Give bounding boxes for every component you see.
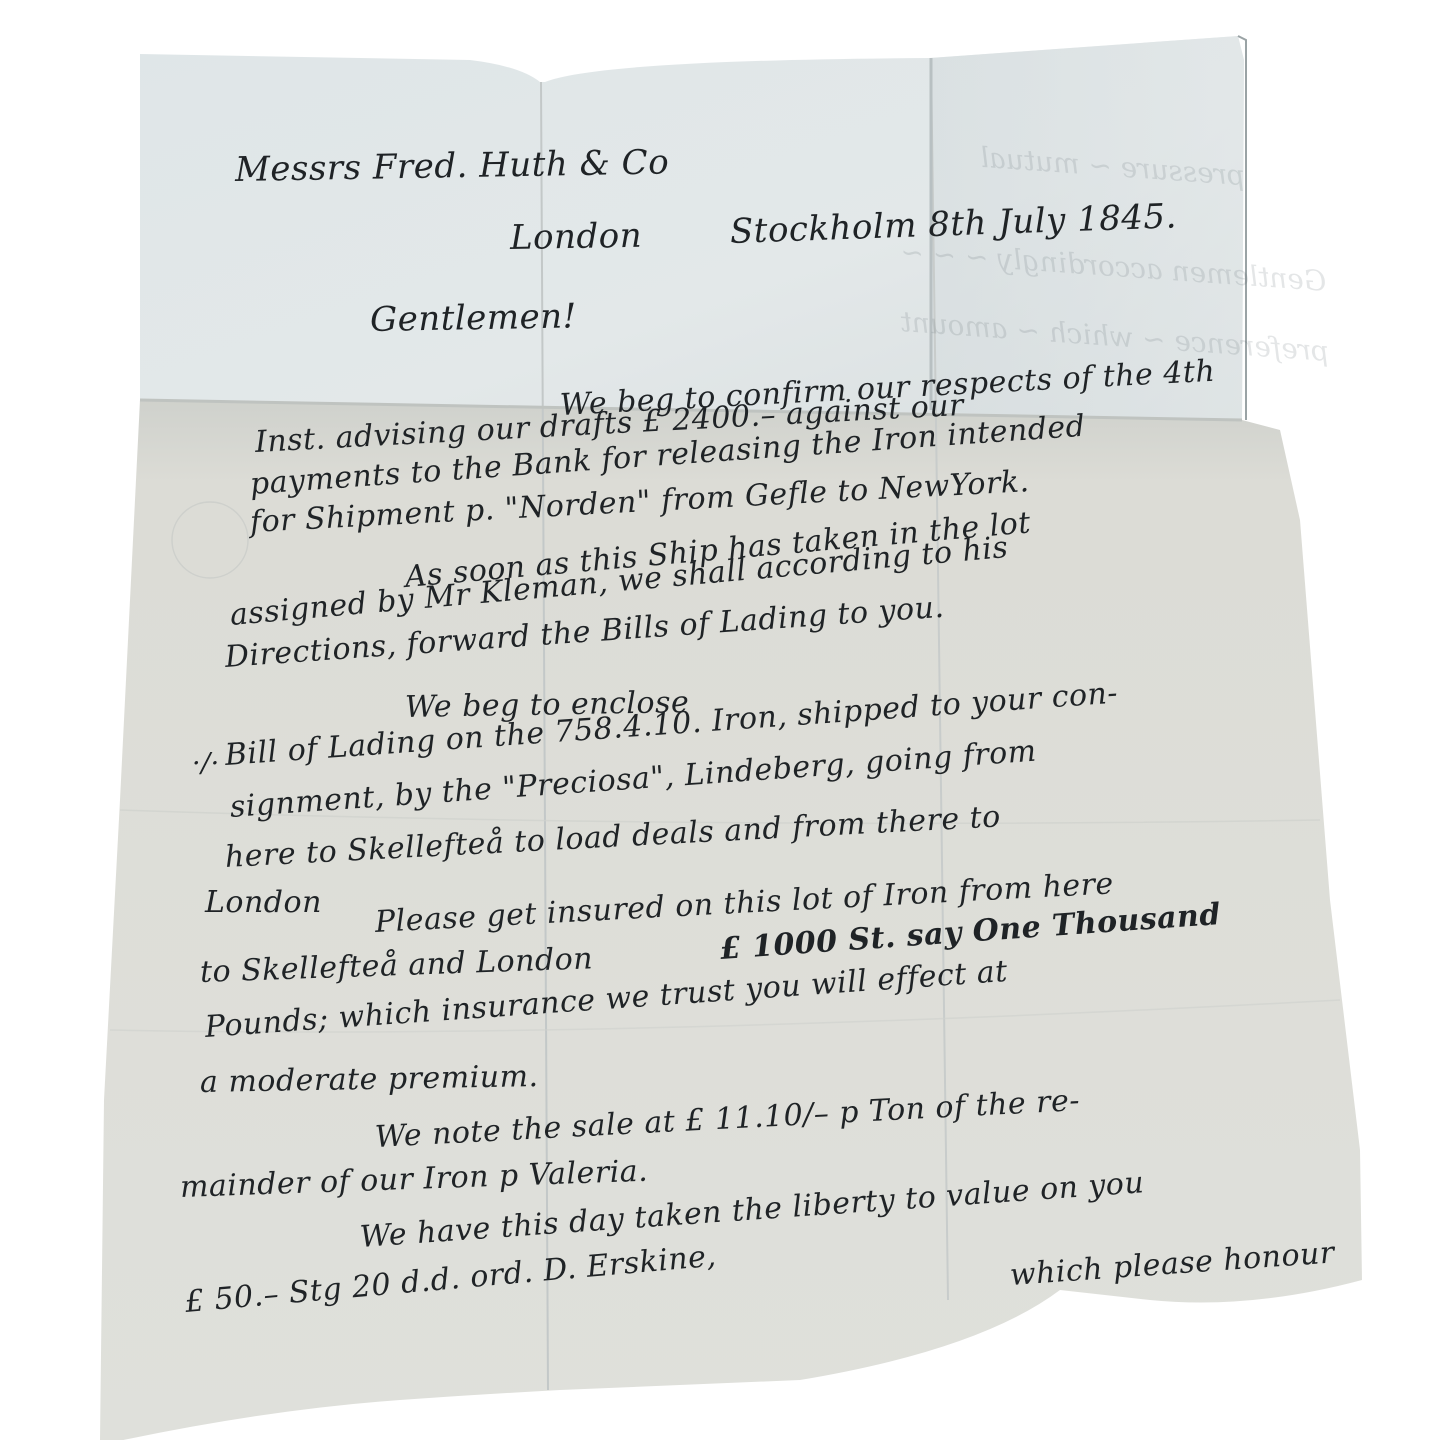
letter-sheet: pressure ~ mutual Gentlemen accordingly …: [0, 0, 1440, 1440]
body-line: a moderate premium.: [200, 1059, 539, 1100]
addressee: Messrs Fred. Huth & Co: [235, 142, 670, 190]
addressee-city: London: [510, 216, 643, 258]
margin-mark: ·/·: [192, 748, 220, 779]
salutation: Gentlemen!: [370, 296, 577, 340]
body-line: London: [205, 885, 322, 920]
